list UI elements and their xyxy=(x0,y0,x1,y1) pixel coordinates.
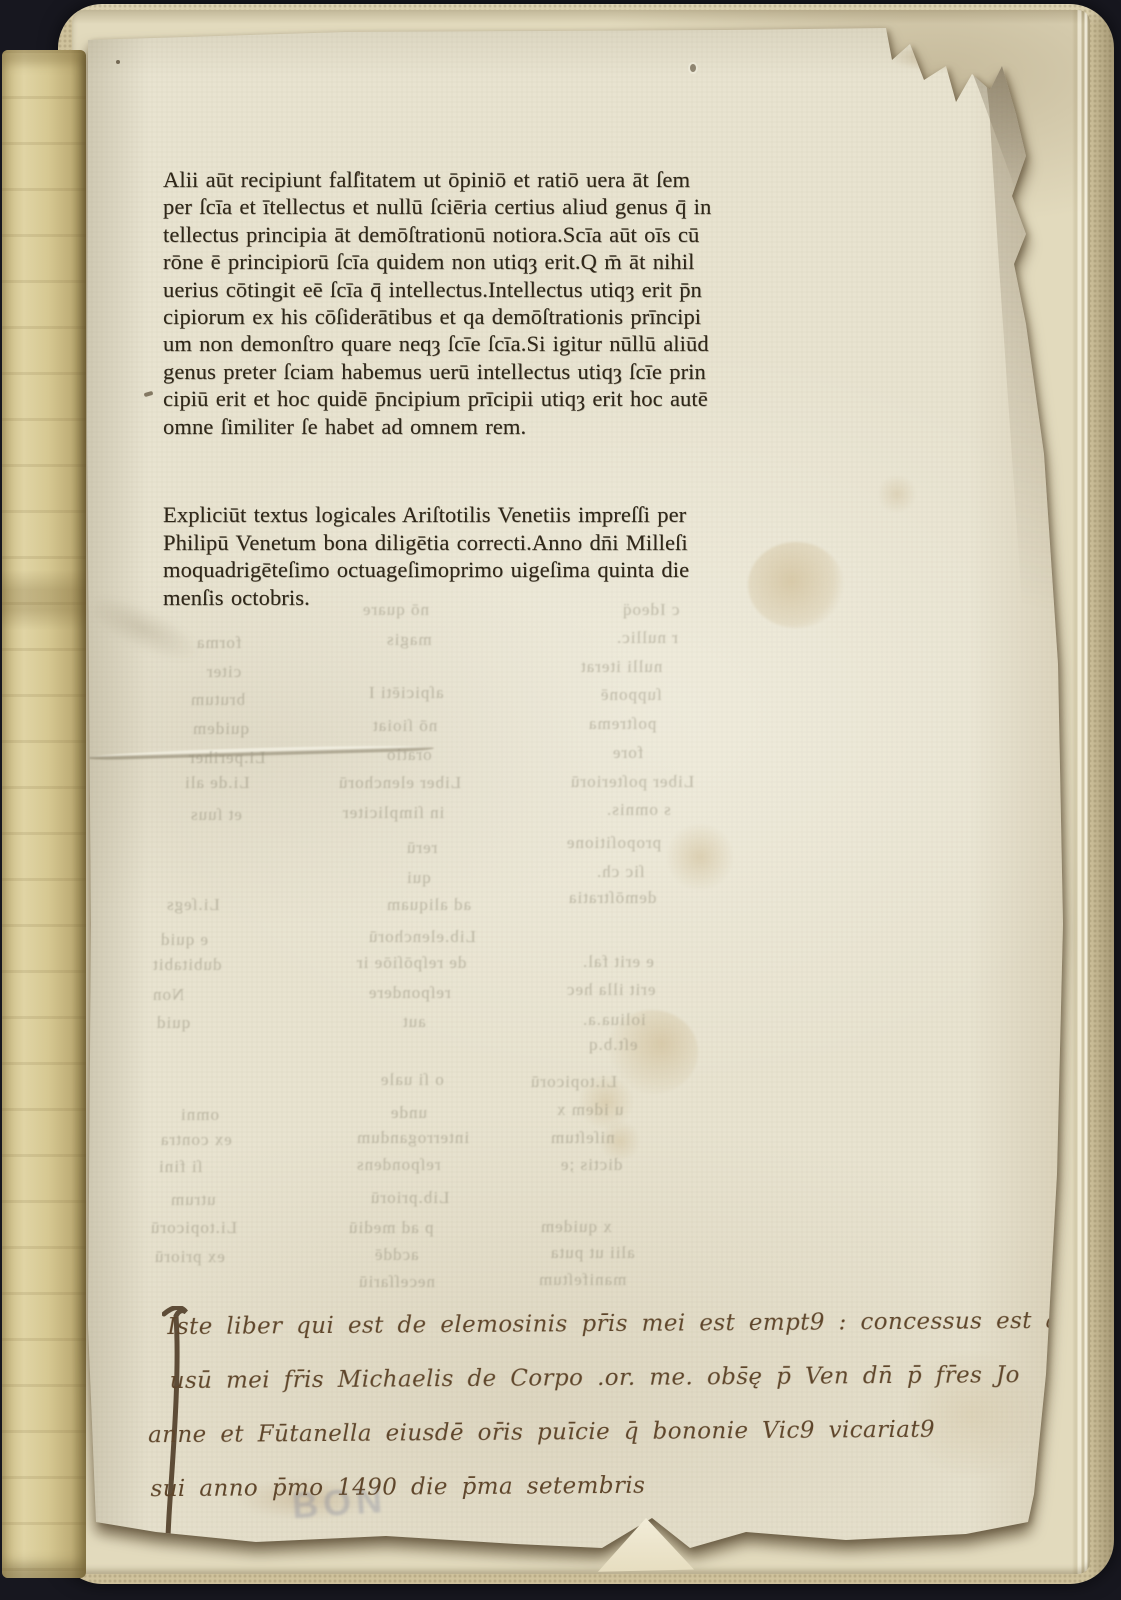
stain xyxy=(892,44,988,70)
showthrough-token: p ad mediū xyxy=(348,1218,434,1238)
printed-line: Alii aūt recipiunt falſitatem ut ōpiniō … xyxy=(163,166,723,193)
showthrough-token: Non xyxy=(152,985,184,1005)
showthrough-token: o ſi uale xyxy=(380,1070,444,1090)
showthrough-token: neceſſariū xyxy=(358,1272,435,1292)
showthrough-token: nō ſioiat xyxy=(372,716,437,736)
stain xyxy=(598,1122,642,1160)
showthrough-token: erit illa hec xyxy=(566,980,655,1000)
showthrough-token: Liber poſteriorū xyxy=(570,772,694,792)
showthrough-token: acddē xyxy=(374,1245,419,1265)
colophon-line: Expliciūt textus logicales Ariſtotilis V… xyxy=(163,501,723,529)
leaf-wrapper: Alii aūt recipiunt falſitatem ut ōpiniō … xyxy=(86,24,1064,1558)
showthrough-token: s omnis. xyxy=(606,800,671,820)
printed-line: rōne ē principiorū ſcīa quidem non utiqȝ… xyxy=(163,248,723,275)
showthrough-token: interrogandum xyxy=(356,1128,469,1148)
showthrough-token: de reſpōſiōe ir xyxy=(356,953,466,973)
showthrough-token: fore xyxy=(612,743,643,763)
showthrough-token: e quid xyxy=(160,930,208,950)
showthrough-token: Li.ſegs xyxy=(166,895,220,915)
showthrough-token: ex contra xyxy=(160,1130,232,1150)
showthrough-token: ſupponē xyxy=(600,685,662,705)
showthrough-token: ad aliquam xyxy=(386,895,471,915)
showthrough-token: omni xyxy=(180,1105,219,1125)
showthrough-token: Liber elenchorū xyxy=(338,773,461,793)
inscription-line: anne et Fūtanella eiusdē or̄is puīcie q̄… xyxy=(148,1417,846,1476)
printed-line: per ſcīa et ītellectus et nullū ſciēria … xyxy=(163,193,723,220)
inscription-line: Iste liber qui est de elemosinis pr̄is m… xyxy=(167,1309,845,1368)
showthrough-token: e erit fal. xyxy=(582,952,654,972)
showthrough-token: aut xyxy=(402,1012,426,1032)
showthrough-token: Lib.elenchorū xyxy=(368,927,476,947)
showthrough-token: x quidem xyxy=(540,1217,612,1237)
showthrough-token: alii ut puta xyxy=(550,1243,635,1263)
showthrough-token: in ſimpliciter xyxy=(342,803,444,823)
printed-text-block: Alii aūt recipiunt falſitatem ut ōpiniō … xyxy=(163,166,723,440)
showthrough-token: et ſuus xyxy=(190,805,242,825)
showthrough-token: Li.topicorū xyxy=(150,1218,237,1238)
showthrough-token: aſpiciēti I xyxy=(368,683,444,703)
showthrough-token: reſpondere xyxy=(368,983,451,1003)
stain xyxy=(576,1076,636,1128)
showthrough-token: demōſtratia xyxy=(568,888,656,908)
stain xyxy=(748,542,844,628)
colophon-line: menſis octobris. xyxy=(163,584,723,612)
crease-line xyxy=(86,743,434,763)
photo-backdrop: Alii aūt recipiunt falſitatem ut ōpiniō … xyxy=(0,0,1121,1600)
stain xyxy=(606,1010,698,1094)
colophon-line: moquadrigēteſimo octuageſimoprimo uigeſi… xyxy=(163,556,723,584)
showthrough-token: dubitabit xyxy=(152,955,221,975)
inscription-line: usū mei fr̄is Michaelis de Corpo .or. me… xyxy=(170,1363,846,1422)
printed-line: cipiū erit et hoc quidē p̄ncipium prīcip… xyxy=(163,385,723,412)
colophon-line: Philipū Venetum bona diligētia correcti.… xyxy=(163,529,723,557)
showthrough-token: nulli iterat xyxy=(580,657,662,677)
book-spine-binding xyxy=(2,50,86,1578)
showthrough-token: niſeſtum xyxy=(550,1128,615,1148)
printed-line: uerius cōtingit eē ſcīa q̄ intellectus.I… xyxy=(163,276,723,303)
manuscript-leaf: Alii aūt recipiunt falſitatem ut ōpiniō … xyxy=(86,24,1064,1558)
inscription-line: sui anno p̄mo 1490 die p̄ma setembris xyxy=(150,1471,846,1530)
showthrough-token: unde xyxy=(390,1103,427,1123)
showthrough-token: Lib.priorū xyxy=(370,1188,449,1208)
showthrough-token: quid xyxy=(156,1013,190,1033)
showthrough-token: utrum xyxy=(170,1190,216,1210)
showthrough-token: qui xyxy=(406,868,431,888)
showthrough-token: r nullic. xyxy=(616,628,678,648)
showthrough-token: propoſitione xyxy=(566,833,661,853)
showthrough-token: ioliua.a. xyxy=(582,1010,646,1030)
handwritten-inscription: Iste liber qui est de elemosinis pr̄is m… xyxy=(85,1309,846,1530)
showthrough-token: ſic ch. xyxy=(596,862,645,882)
showthrough-token: eſt.b.q xyxy=(588,1035,638,1055)
stain xyxy=(664,824,736,890)
showthrough-token: Li.topicorū xyxy=(530,1072,617,1092)
printed-line: tellectus principia āt demōſtrationū not… xyxy=(163,221,723,248)
showthrough-token: ſi fini xyxy=(158,1157,202,1177)
stain xyxy=(876,476,918,512)
showthrough-token: manifeſtum xyxy=(538,1270,626,1290)
showthrough-token: Li.de ali xyxy=(184,773,250,793)
showthrough-token: rerū xyxy=(406,838,437,858)
wormhole-speck xyxy=(116,60,120,64)
printed-line: um non demonſtro quare neqȝ ſcīe ſcīa.Si… xyxy=(163,330,723,357)
showthrough-token: ex priorū xyxy=(154,1247,225,1267)
printed-line: cipiorum ex his cōſiderātibus et qa demō… xyxy=(163,303,723,330)
printed-line: genus preter ſciam habemus uerū intellec… xyxy=(163,358,723,385)
wormhole-speck xyxy=(690,64,696,72)
colophon-block: Expliciūt textus logicales Ariſtotilis V… xyxy=(163,501,723,611)
showthrough-token: u idem x xyxy=(556,1100,624,1120)
printed-line: omne ſimiliter ſe habet ad omnem rem. xyxy=(163,413,723,440)
showthrough-token: magis xyxy=(386,630,432,650)
margin-mark xyxy=(144,391,154,397)
showthrough-token: dictis ;e xyxy=(560,1155,622,1175)
showthrough-token: reſpondens xyxy=(356,1155,441,1175)
showthrough-token: poſtrema xyxy=(588,714,656,734)
